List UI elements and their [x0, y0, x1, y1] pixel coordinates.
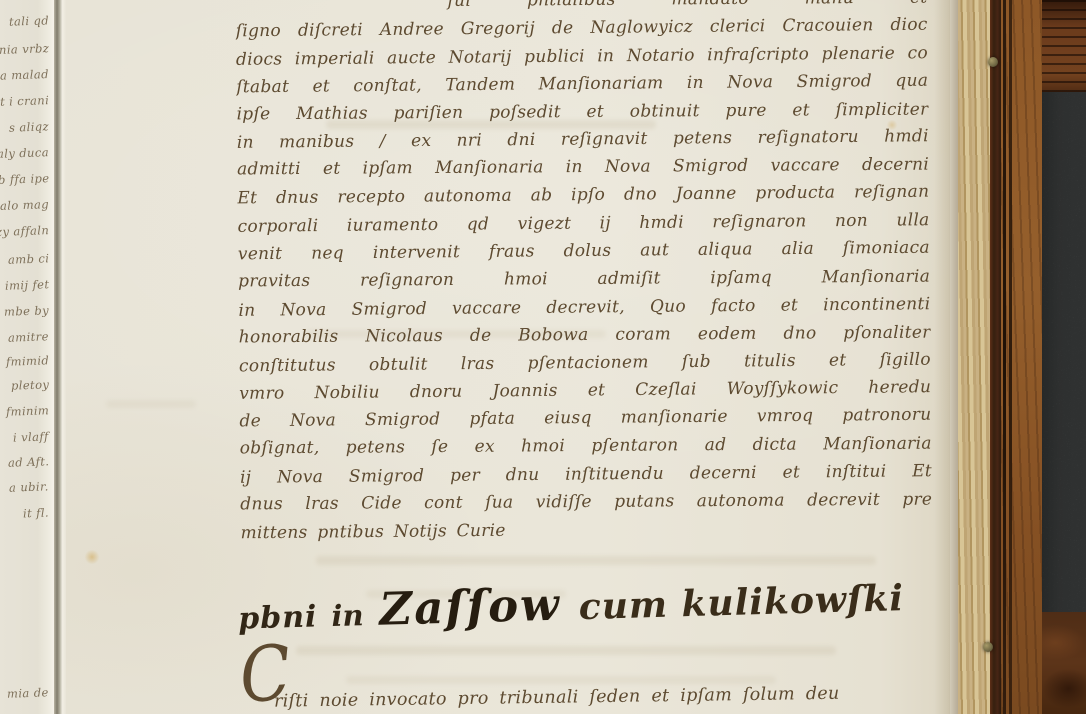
left-page-fragment: lt i crani	[0, 93, 49, 109]
left-page-fragment: alo mag	[0, 197, 49, 213]
binding-headband-leather	[1042, 0, 1086, 92]
left-page-fragment: b ffa ipe	[0, 171, 49, 187]
page-curve-shadow	[934, 0, 958, 714]
binding-stud	[988, 57, 998, 67]
binding-stud	[983, 642, 993, 652]
left-page-fragment: s aliqz	[9, 119, 49, 134]
binding-tail-leather	[1042, 612, 1086, 714]
binding-cord	[1003, 0, 1006, 714]
left-page-fragment: imij fet	[4, 277, 49, 293]
heading-placename: Zaſſow	[379, 578, 562, 636]
ink-bleedthrough	[106, 400, 196, 408]
fabric-grain-texture	[1042, 92, 1086, 612]
entry-text-block: ſui pntialibus mandato manu etſigno diſc…	[235, 0, 932, 548]
manuscript-page: ſui pntialibus mandato manu etſigno diſc…	[66, 0, 950, 714]
manuscript-scan: tali qdnia vrbzcia maladlt i cranis aliq…	[0, 0, 1086, 714]
deckled-page-edges	[958, 0, 990, 714]
left-page-fragment: ad Aft.	[7, 454, 49, 469]
binding-board	[1042, 0, 1086, 714]
left-page-fragment: pletoy	[10, 377, 49, 392]
binding-gap-fabric	[1042, 92, 1086, 612]
closing-line: riſti noie invocato pro tribunali ſeden …	[274, 679, 938, 714]
left-page-fragment: i vlaff	[13, 429, 49, 444]
ink-bleedthrough	[316, 556, 876, 565]
left-page-fragment: a ubir.	[9, 479, 49, 494]
text-line: admitti et ipſam Manſionaria in Nova Smi…	[237, 152, 929, 185]
left-page-fragment: it fl.	[23, 506, 49, 521]
left-page-fragment: cia malad	[0, 67, 49, 83]
left-page-fragment: nia vrbz	[0, 41, 49, 57]
foxing-spot	[84, 550, 100, 564]
entry-heading: pbniinZaſſowcum kulikowſki	[237, 569, 858, 639]
left-page-edge: tali qdnia vrbzcia maladlt i cranis aliq…	[0, 0, 54, 714]
left-page-fragment: amitre	[8, 329, 49, 344]
left-page-fragment: mia de	[7, 685, 49, 700]
text-line: dnus lras Cide cont ſua vidiſſe putans a…	[240, 487, 932, 520]
left-page-fragment: amb ci	[7, 251, 49, 266]
heading-word: in	[331, 598, 364, 633]
page-fold-shadow	[54, 0, 66, 714]
heading-word: cum kulikowſki	[578, 577, 904, 628]
text-line: honorabilis Nicolaus de Bobowa coram eod…	[239, 319, 931, 352]
left-page-fragment: mbe by	[4, 303, 49, 319]
text-line: mittens pntibus Notijs Curie	[240, 514, 932, 549]
left-page-fragment: fminim	[6, 403, 50, 419]
binding-inner-strip	[990, 0, 1001, 714]
left-page-fragment: fmimid	[6, 353, 50, 368]
binding-cord	[1009, 0, 1012, 714]
left-page-fragment: tali qd	[9, 13, 49, 28]
ink-bleedthrough	[296, 646, 836, 655]
left-page-fragment: zy affaln	[0, 223, 49, 239]
left-page-fragment: aly duca	[0, 145, 49, 161]
binding-leather-band	[1001, 0, 1042, 714]
